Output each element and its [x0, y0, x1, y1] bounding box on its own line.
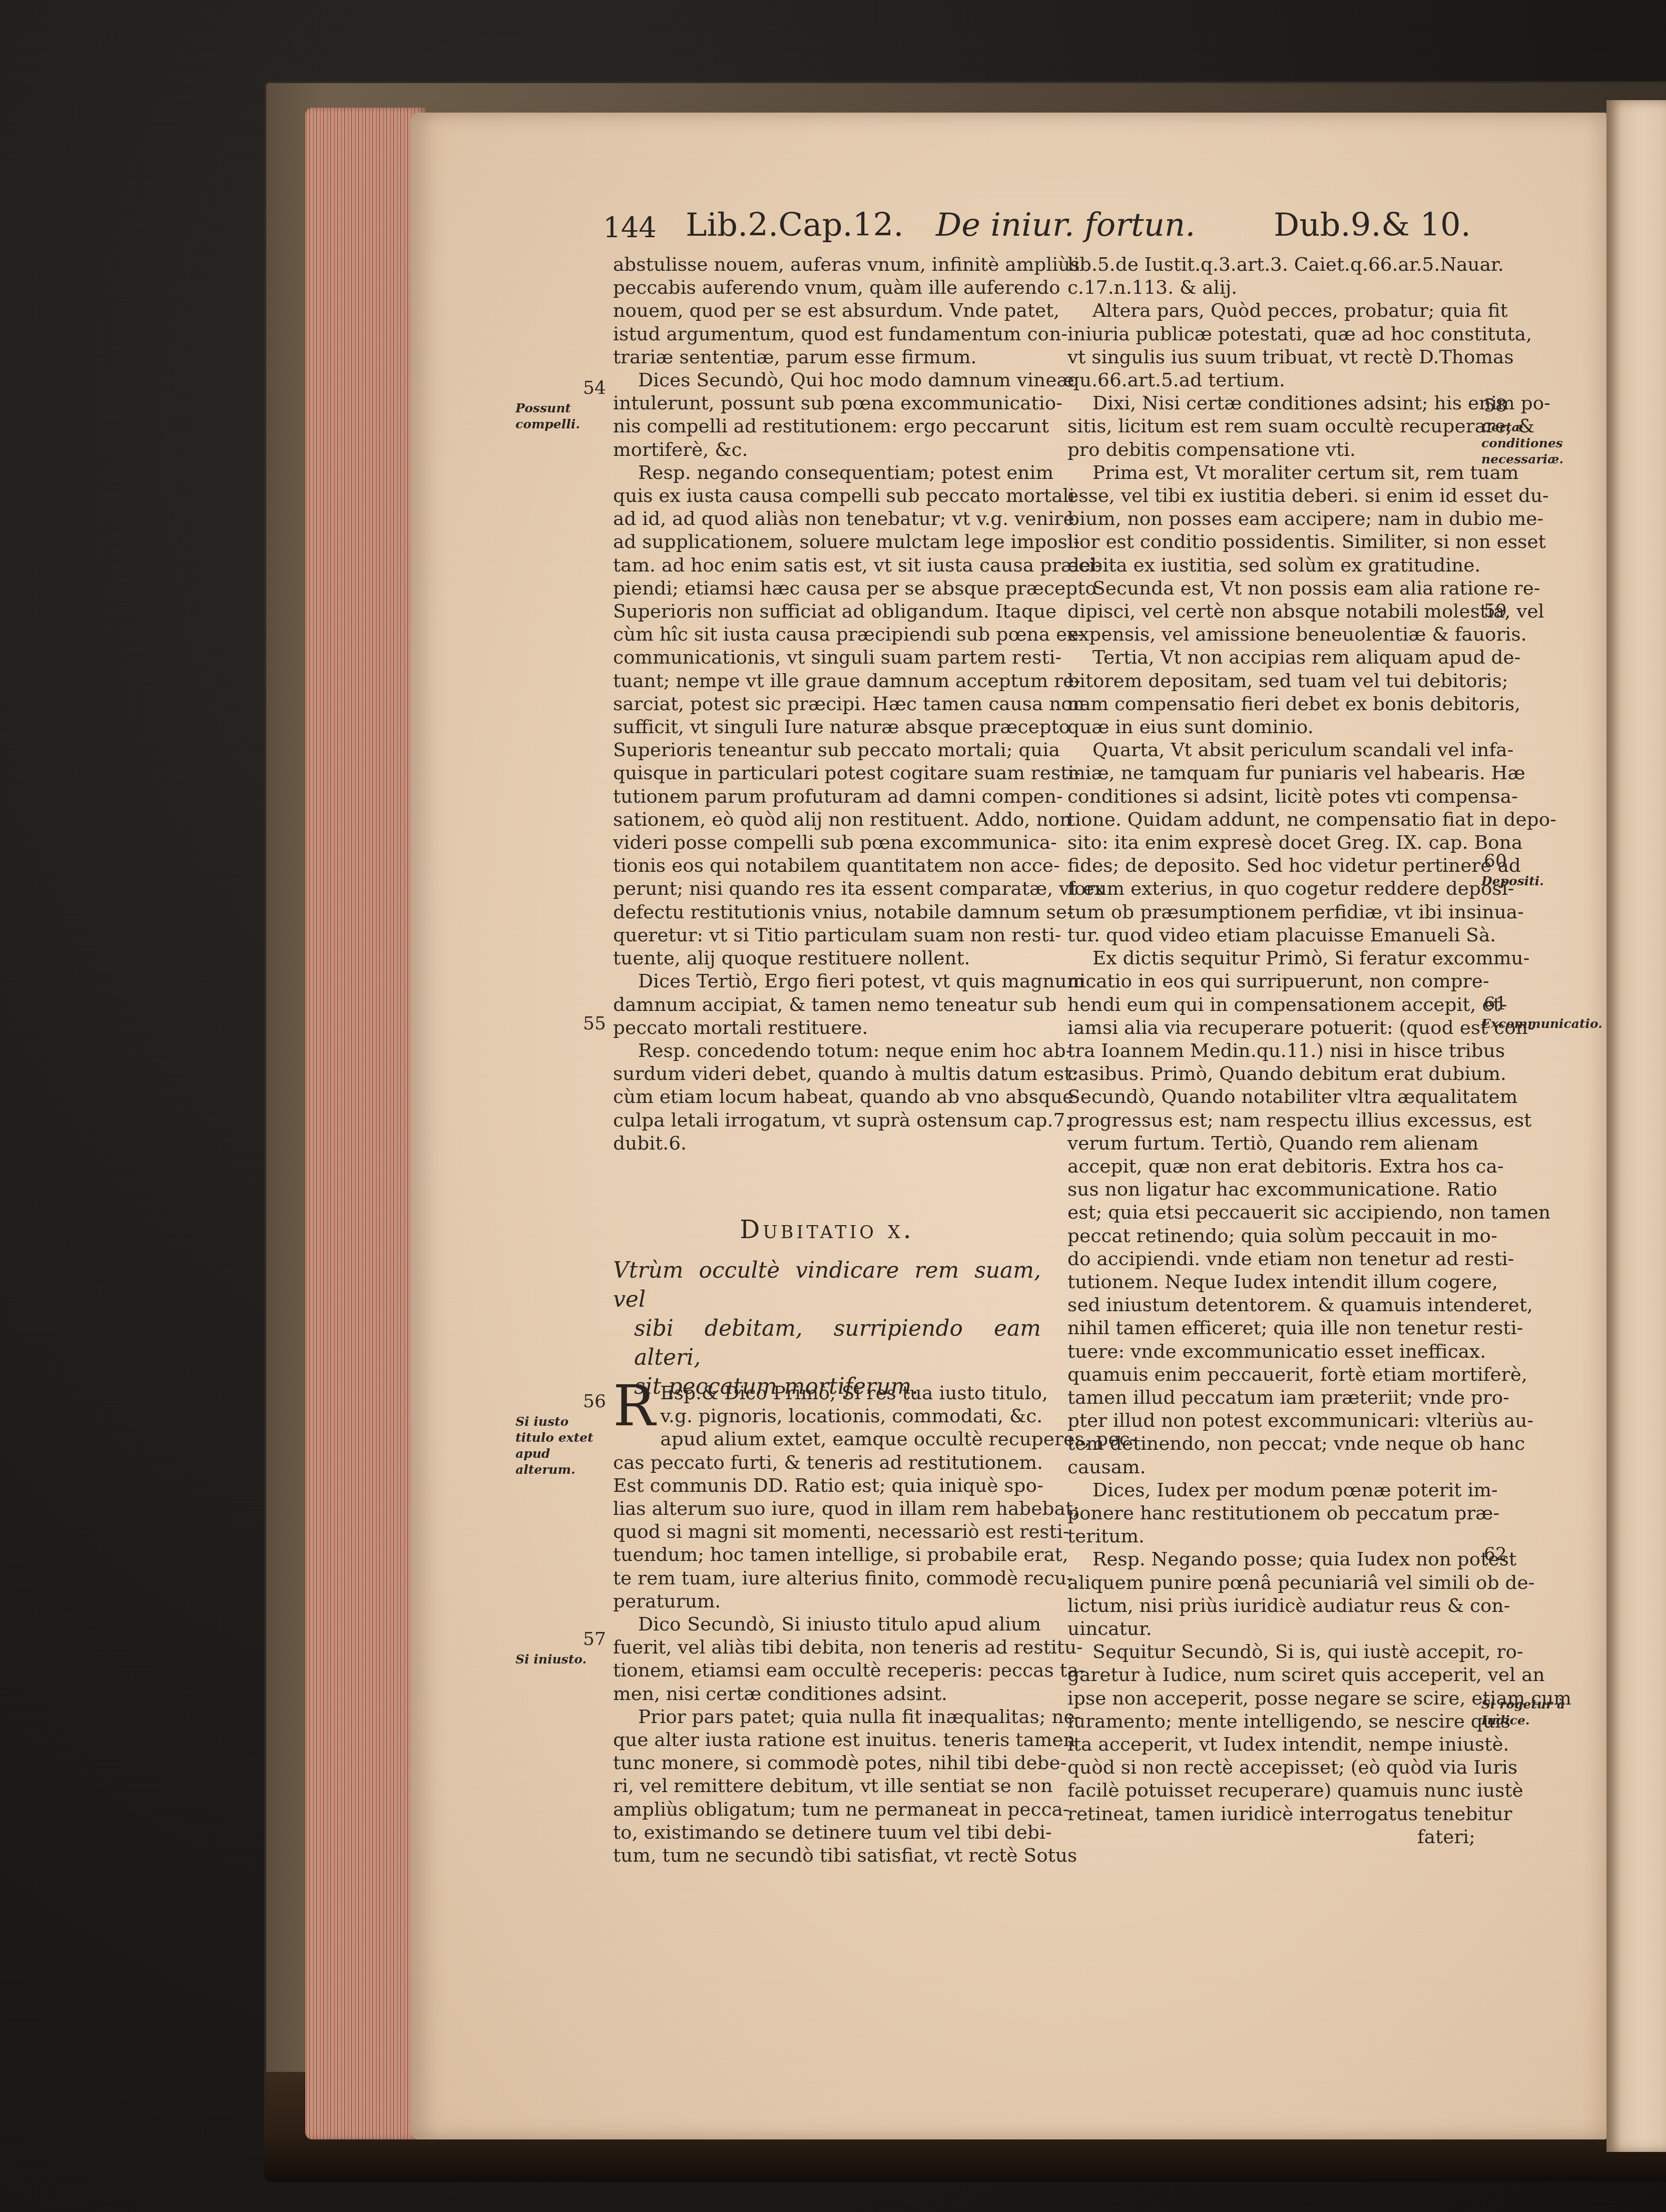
text-line: Dices, Iudex per modum pœnæ poterit im-: [1067, 1478, 1475, 1501]
text-line: lias alterum suo iure, quod in illam rem…: [613, 1497, 1041, 1520]
text-line: communicationis, vt singuli suam partem …: [613, 646, 1041, 669]
text-line: peraturum.: [613, 1589, 1041, 1612]
text-line: Sequitur Secundò, Si is, qui iustè accep…: [1067, 1640, 1475, 1663]
text-line: pter illud non potest excommunicari: vlt…: [1067, 1409, 1475, 1432]
right-column: lib.5.de Iustit.q.3.art.3. Caiet.q.66.ar…: [1067, 253, 1475, 1848]
text-line: tam. ad hoc enim satis est, vt sit iusta…: [613, 554, 1041, 577]
text-line: Esp.& Dico Primò, Si res tua iusto titul…: [613, 1381, 1041, 1404]
text-line: sed iniustum detentorem. & quamuis inten…: [1067, 1293, 1475, 1316]
text-line: peccabis auferendo vnum, quàm ille aufer…: [613, 276, 1041, 299]
text-line: fateri;: [1067, 1825, 1475, 1848]
book-chapter-ref: Lib.2.Cap.12.: [686, 205, 904, 245]
left-column-top: abstulisse nouem, auferas vnum, infinitè…: [613, 253, 1041, 1155]
marginal-note: Si rogetur à Iudice.: [1481, 1697, 1566, 1729]
text-line: Resp. concedendo totum: neque enim hoc a…: [613, 1039, 1041, 1062]
page-number: 144: [603, 208, 657, 248]
text-line: sus non ligatur hac excommunicatione. Ra…: [1067, 1178, 1475, 1201]
text-line: uincatur.: [1067, 1617, 1475, 1640]
text-line: Est communis DD. Ratio est; quia iniquè …: [613, 1474, 1041, 1497]
text-line: queretur: vt si Titio particulam suam no…: [613, 923, 1041, 946]
running-header: 144 Lib.2.Cap.12. De iniur. fortun. Dub.…: [603, 205, 1489, 245]
text-line: tionem, etiamsi eam occultè receperis: p…: [613, 1658, 1041, 1682]
text-line: ipse non acceperit, posse negare se scir…: [1067, 1687, 1475, 1710]
paragraph-number: 62: [1484, 1544, 1507, 1564]
text-line: debita ex iustitia, sed solùm ex gratitu…: [1067, 554, 1475, 577]
text-line: retineat, tamen iuridicè interrogatus te…: [1067, 1802, 1475, 1825]
text-line: Ex dictis sequitur Primò, Si feratur exc…: [1067, 946, 1475, 969]
text-line: dubit.6.: [613, 1132, 1041, 1155]
paragraph-number: 55: [583, 1013, 606, 1034]
text-line: que alter iusta ratione est inuitus. ten…: [613, 1728, 1041, 1751]
text-line: Resp. Negando posse; quia Iudex non pote…: [1067, 1547, 1475, 1570]
text-line: apud alium extet, eamque occultè recuper…: [613, 1427, 1041, 1450]
text-line: Prima est, Vt moraliter certum sit, rem …: [1067, 461, 1475, 484]
text-line: quòd si non rectè accepisset; (eò quòd v…: [1067, 1756, 1475, 1779]
text-line: culpa letali irrogatum, vt suprà ostensu…: [613, 1109, 1041, 1132]
text-line: bitorem depositam, sed tuam vel tui debi…: [1067, 669, 1475, 692]
text-line: ita acceperit, vt Iudex intendit, nempe …: [1067, 1733, 1475, 1756]
text-line: istud argumentum, quod est fundamentum c…: [613, 322, 1041, 345]
text-line: surdum videri debet, quando à multis dat…: [613, 1062, 1041, 1085]
text-line: tum, tum ne secundò tibi satisfiat, vt r…: [613, 1844, 1041, 1867]
text-line: iamsi alia via recuperare potuerit: (quo…: [1067, 1016, 1475, 1039]
text-line: ad supplicationem, soluere mulctam lege …: [613, 530, 1041, 553]
text-line: tuere: vnde excommunicatio esset ineffic…: [1067, 1340, 1475, 1363]
marginal-note: Si iusto titulo extet apud alterum.: [515, 1414, 601, 1478]
facing-page-gutter: [1606, 100, 1666, 2152]
text-line: Dico Secundò, Si iniusto titulo apud ali…: [613, 1612, 1041, 1635]
text-line: Superioris teneantur sub peccato mortali…: [613, 738, 1041, 761]
text-line: v.g. pignoris, locationis, commodati, &c…: [613, 1404, 1041, 1427]
text-line: to, existimando se detinere tuum vel tib…: [613, 1821, 1041, 1844]
left-column-bottom: R Esp.& Dico Primò, Si res tua iusto tit…: [613, 1381, 1041, 1867]
text-line: Superioris non sufficiat ad obligandum. …: [613, 600, 1041, 623]
text-line: tunc monere, si commodè potes, nihil tib…: [613, 1751, 1041, 1774]
question-line: Vtrùm occultè vindicare rem suam, vel: [613, 1256, 1041, 1314]
text-line: c.17.n.113. & alij.: [1067, 276, 1475, 299]
text-line: Dices Tertiò, Ergo fieri potest, vt quis…: [613, 969, 1041, 992]
text-line: tamen illud peccatum iam præteriit; vnde…: [1067, 1386, 1475, 1409]
text-line: accepit, quæ non erat debitoris. Extra h…: [1067, 1155, 1475, 1178]
text-line: defectu restitutionis vnius, notabile da…: [613, 900, 1041, 923]
text-line: causam.: [1067, 1455, 1475, 1478]
text-line: pro debitis compensatione vti.: [1067, 438, 1475, 461]
marginal-note: Certæ conditiones necessariæ.: [1481, 419, 1566, 467]
text-line: Secundò, Quando notabiliter vltra æquali…: [1067, 1085, 1475, 1108]
text-line: te rem tuam, iure alterius finito, commo…: [613, 1566, 1041, 1589]
text-line: peccato mortali restituere.: [613, 1016, 1041, 1039]
text-line: cùm hîc sit iusta causa præcipiendi sub …: [613, 623, 1041, 646]
text-line: ad id, ad quod aliàs non tenebatur; vt v…: [613, 507, 1041, 530]
text-line: damnum accipiat, & tamen nemo teneatur s…: [613, 993, 1041, 1016]
text-line: lib.5.de Iustit.q.3.art.3. Caiet.q.66.ar…: [1067, 253, 1475, 276]
text-line: trariæ sententiæ, parum esse firmum.: [613, 345, 1041, 368]
text-line: est; quia etsi peccauerit sic accipiendo…: [1067, 1201, 1475, 1224]
text-line: fuerit, vel aliàs tibi debita, non tener…: [613, 1635, 1041, 1658]
question-line: sibi debitam, surripiendo eam alteri,: [613, 1314, 1041, 1372]
text-line: tra Ioannem Medin.qu.11.) nisi in hisce …: [1067, 1039, 1475, 1062]
text-line: Tertia, Vt non accipias rem aliquam apud…: [1067, 646, 1475, 669]
text-line: ampliùs obligatum; tum ne permaneat in p…: [613, 1798, 1041, 1821]
text-line: quæ in eius sunt dominio.: [1067, 715, 1475, 738]
text-line: nihil tamen efficeret; quia ille non ten…: [1067, 1316, 1475, 1339]
red-page-edges: [305, 108, 425, 2139]
text-line: Prior pars patet; quia nulla fit inæqual…: [613, 1705, 1041, 1728]
text-line: fides; de deposito. Sed hoc videtur pert…: [1067, 854, 1475, 877]
text-line: conditiones si adsint, licitè potes vti …: [1067, 785, 1475, 808]
text-line: iuramento; mente intelligendo, se nescir…: [1067, 1710, 1475, 1733]
text-line: Secunda est, Vt non possis eam alia rati…: [1067, 577, 1475, 600]
text-line: Altera pars, Quòd pecces, probatur; quia…: [1067, 299, 1475, 322]
text-line: Quarta, Vt absit periculum scandali vel …: [1067, 738, 1475, 761]
text-line: tutionem parum profuturam ad damni compe…: [613, 785, 1041, 808]
paragraph-number: 54: [583, 378, 606, 398]
text-line: qu.66.art.5.ad tertium.: [1067, 368, 1475, 391]
text-line: perunt; nisi quando res ita essent compa…: [613, 877, 1041, 900]
text-line: tuendum; hoc tamen intellige, si probabi…: [613, 1543, 1041, 1566]
marginal-note: Excommunicatio.: [1481, 1016, 1566, 1032]
text-line: quisque in particulari potest cogitare s…: [613, 761, 1041, 784]
text-line: Dices Secundò, Qui hoc modo damnum vineæ: [613, 368, 1041, 391]
text-line: verum furtum. Tertiò, Quando rem alienam: [1067, 1132, 1475, 1155]
text-line: Resp. negando consequentiam; potest enim: [613, 461, 1041, 484]
text-line: casibus. Primò, Quando debitum erat dubi…: [1067, 1062, 1475, 1085]
paragraph-number: 59: [1484, 601, 1507, 621]
text-line: garetur à Iudice, num sciret quis accepe…: [1067, 1663, 1475, 1686]
text-line: men, nisi certæ conditiones adsint.: [613, 1682, 1041, 1705]
drop-cap: R: [613, 1383, 655, 1429]
marginal-note: Possunt compelli.: [515, 400, 601, 432]
dubitatio-heading: Dubitatio x.: [613, 1215, 1041, 1244]
text-line: abstulisse nouem, auferas vnum, infinitè…: [613, 253, 1041, 276]
text-line: forum exterius, in quo cogetur reddere d…: [1067, 877, 1475, 900]
text-line: tuente, alij quoque restituere nollent.: [613, 946, 1041, 969]
text-line: piendi; etiamsi hæc causa per se absque …: [613, 577, 1041, 600]
text-line: nicatio in eos qui surripuerunt, non com…: [1067, 969, 1475, 992]
text-line: tem detinendo, non peccat; vnde neque ob…: [1067, 1432, 1475, 1455]
text-line: vt singulis ius suum tribuat, vt rectè D…: [1067, 345, 1475, 368]
text-line: sarciat, potest sic præcipi. Hæc tamen c…: [613, 692, 1041, 715]
text-line: videri posse compelli sub pœna excommuni…: [613, 831, 1041, 854]
running-title: De iniur. fortun.: [936, 205, 1195, 245]
text-line: sationem, eò quòd alij non restituent. A…: [613, 808, 1041, 831]
text-line: nis compelli ad restitutionem: ergo pecc…: [613, 414, 1041, 437]
paragraph-number: 56: [583, 1391, 606, 1412]
text-line: ponere hanc restitutionem ob peccatum pr…: [1067, 1501, 1475, 1524]
marginal-note: Si iniusto.: [515, 1651, 601, 1668]
paragraph-number: 57: [583, 1629, 606, 1649]
text-line: teritum.: [1067, 1524, 1475, 1547]
dubitatio-question: Vtrùm occultè vindicare rem suam, vel si…: [613, 1256, 1041, 1401]
text-line: Dixi, Nisi certæ conditiones adsint; his…: [1067, 391, 1475, 414]
text-line: lior est conditio possidentis. Similiter…: [1067, 530, 1475, 553]
text-line: facilè potuisset recuperare) quamuis nun…: [1067, 1779, 1475, 1802]
paragraph-number: 61: [1484, 993, 1507, 1014]
text-line: nouem, quod per se est absurdum. Vnde pa…: [613, 299, 1041, 322]
text-line: cas peccato furti, & teneris ad restitut…: [613, 1451, 1041, 1474]
text-line: tuant; nempe vt ille graue damnum accept…: [613, 669, 1041, 692]
text-line: tionis eos qui notabilem quantitatem non…: [613, 854, 1041, 877]
text-line: dipisci, vel certè non absque notabili m…: [1067, 600, 1475, 623]
text-line: peccat retinendo; quia solùm peccauit in…: [1067, 1224, 1475, 1247]
text-line: tione. Quidam addunt, ne compensatio fia…: [1067, 808, 1475, 831]
text-line: do accipiendi. vnde etiam non tenetur ad…: [1067, 1247, 1475, 1270]
text-line: hendi eum qui in compensationem accepit,…: [1067, 993, 1475, 1016]
text-line: quamuis enim peccauerit, fortè etiam mor…: [1067, 1363, 1475, 1386]
text-line: ri, vel remittere debitum, vt ille senti…: [613, 1774, 1041, 1797]
text-line: intulerunt, possunt sub pœna excommunica…: [613, 391, 1041, 414]
text-line: sufficit, vt singuli Iure naturæ absque …: [613, 715, 1041, 738]
text-line: quis ex iusta causa compelli sub peccato…: [613, 484, 1041, 507]
text-line: mortiferè, &c.: [613, 438, 1041, 461]
paragraph-number: 60: [1484, 851, 1507, 871]
text-line: sito: ita enim expresè docet Greg. IX. c…: [1067, 831, 1475, 854]
text-line: cùm etiam locum habeat, quando ab vno ab…: [613, 1085, 1041, 1108]
marginal-note: Depositi.: [1481, 873, 1566, 889]
text-line: miæ, ne tamquam fur puniaris vel habeari…: [1067, 761, 1475, 784]
text-line: iniuria publicæ potestati, quæ ad hoc co…: [1067, 322, 1475, 345]
text-line: esse, vel tibi ex iustitia deberi. si en…: [1067, 484, 1475, 507]
paragraph-number: 58: [1484, 395, 1507, 416]
text-line: tutionem. Neque Iudex intendit illum cog…: [1067, 1270, 1475, 1293]
section-ref: Dub.9.& 10.: [1274, 205, 1471, 245]
text-line: progressus est; nam respectu illius exce…: [1067, 1109, 1475, 1132]
text-line: nam compensatio fieri debet ex bonis deb…: [1067, 692, 1475, 715]
text-line: tum ob præsumptionem perfidiæ, vt ibi in…: [1067, 900, 1475, 923]
text-line: lictum, nisi priùs iuridicè audiatur reu…: [1067, 1594, 1475, 1617]
text-line: expensis, vel amissione beneuolentiæ & f…: [1067, 623, 1475, 646]
text-line: tur. quod video etiam placuisse Emanueli…: [1067, 923, 1475, 946]
text-line: bium, non posses eam accipere; nam in du…: [1067, 507, 1475, 530]
text-line: quod si magni sit momenti, necessariò es…: [613, 1520, 1041, 1543]
text-line: aliquem punire pœnâ pecuniariâ vel simil…: [1067, 1571, 1475, 1594]
text-line: sitis, licitum est rem suam occultè recu…: [1067, 414, 1475, 437]
